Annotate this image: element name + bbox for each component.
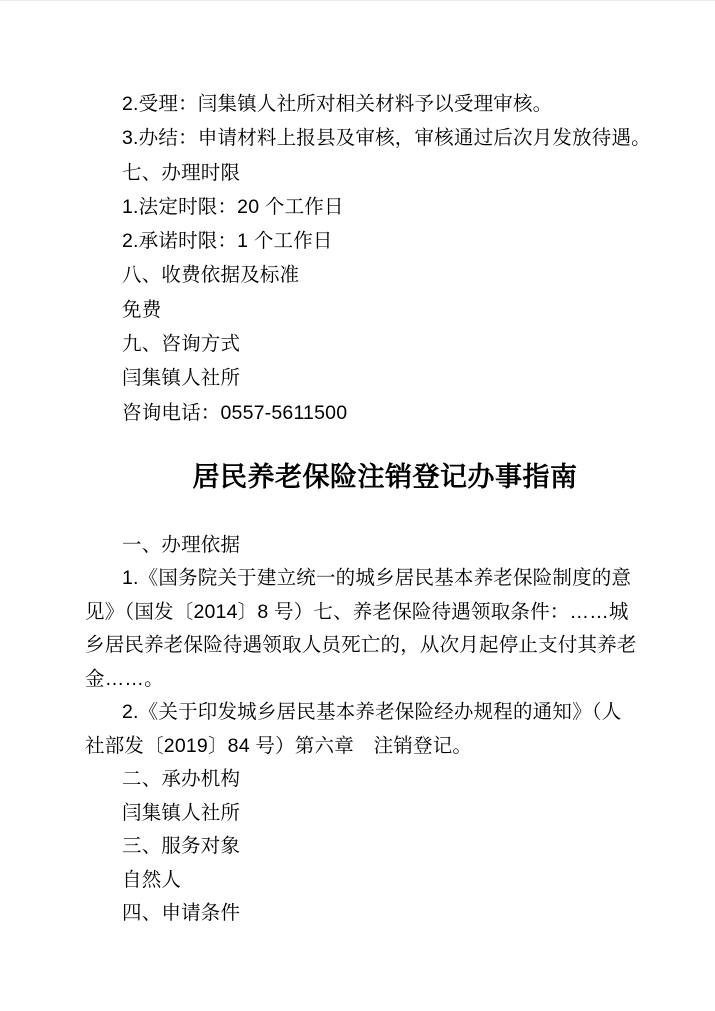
line-promised-time-limit: 2.承诺时限：1 个工作日 [85, 224, 633, 258]
line-basis1-4: 金……。 [85, 663, 633, 697]
line-basis1-3: 乡居民养老保险待遇领取人员死亡的，从次月起停止支付其养老 [85, 629, 633, 663]
heading-handling-basis: 一、办理依据 [85, 529, 633, 563]
document-page: 2.受理：闫集镇人社所对相关材料予以受理审核。 3.办结：申请材料上报县及审核，… [0, 0, 715, 1011]
line-basis1-1: 1.《国务院关于建立统一的城乡居民基本养老保险制度的意 [85, 562, 633, 596]
previous-guide-tail-section: 2.受理：闫集镇人社所对相关材料予以受理审核。 3.办结：申请材料上报县及审核，… [85, 1, 633, 430]
heading-fee-basis-standard: 八、收费依据及标准 [85, 258, 633, 292]
line-consultation-phone: 咨询电话：0557-5611500 [85, 396, 633, 430]
line-basis2-2: 社部发〔2019〕84 号）第六章 注销登记。 [85, 730, 633, 764]
heading-consultation-method: 九、咨询方式 [85, 327, 633, 361]
document-content: 2.受理：闫集镇人社所对相关材料予以受理审核。 3.办结：申请材料上报县及审核，… [0, 1, 715, 931]
line-fee-free: 免费 [85, 293, 633, 327]
heading-service-target: 三、服务对象 [85, 830, 633, 864]
line-step-complete: 3.办结：申请材料上报县及审核，审核通过后次月发放待遇。 [85, 121, 633, 155]
heading-application-conditions: 四、申请条件 [85, 897, 633, 931]
line-agency-name-2: 闫集镇人社所 [85, 797, 633, 831]
line-step-review: 2.受理：闫集镇人社所对相关材料予以受理审核。 [85, 87, 633, 121]
line-agency-name: 闫集镇人社所 [85, 361, 633, 395]
line-service-target: 自然人 [85, 864, 633, 898]
line-statutory-time-limit: 1.法定时限：20 个工作日 [85, 190, 633, 224]
page-title: 居民养老保险注销登记办事指南 [137, 457, 633, 497]
heading-processing-time-limit: 七、办理时限 [85, 156, 633, 190]
line-basis2-1: 2.《关于印发城乡居民基本养老保险经办规程的通知》（人 [85, 696, 633, 730]
heading-undertaking-agency: 二、承办机构 [85, 763, 633, 797]
cancellation-guide-section: 一、办理依据 1.《国务院关于建立统一的城乡居民基本养老保险制度的意 见》（国发… [85, 529, 633, 931]
line-basis1-2: 见》（国发〔2014〕8 号）七、养老保险待遇领取条件：……城 [85, 596, 633, 630]
